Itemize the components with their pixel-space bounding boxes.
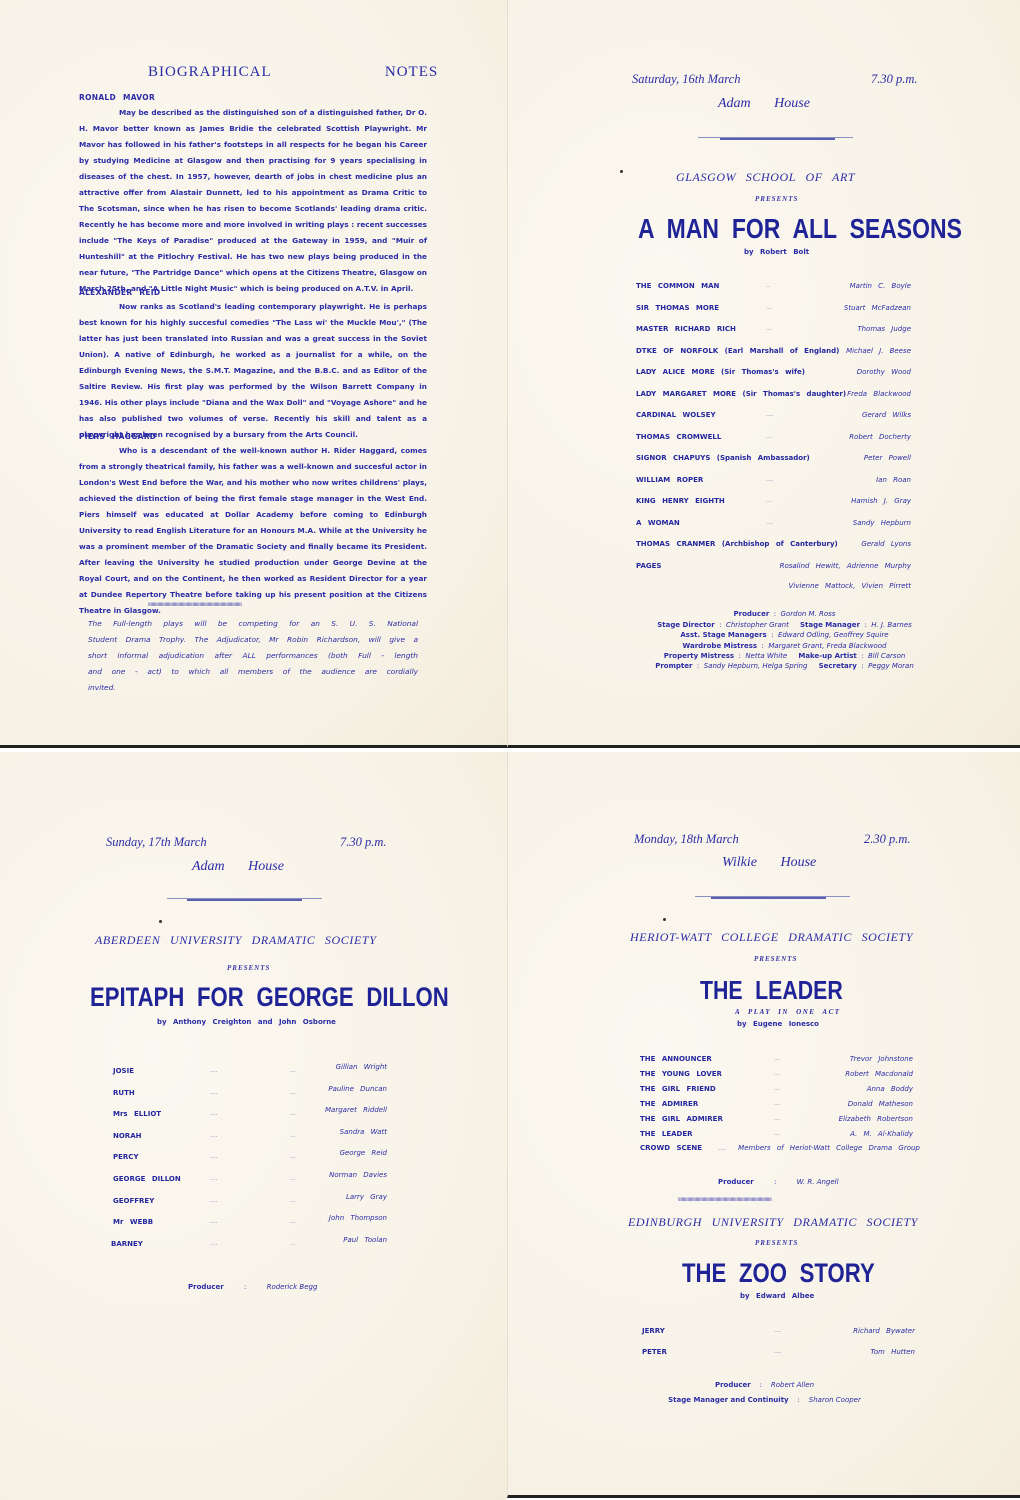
actor: Michael J. Beese	[846, 347, 911, 355]
crew-role: Prompter	[655, 662, 692, 670]
venue: Wilkie House	[722, 855, 816, 871]
cast-row-crowd: CROWD SCENE .... Members of Heriot-Watt …	[640, 1144, 920, 1152]
actor: George Reid	[340, 1149, 387, 1157]
producer-name: Roderick Begg	[267, 1283, 318, 1291]
bio-text-mavor: May be described as the distinguished so…	[79, 105, 427, 297]
role: JOSIE	[113, 1067, 134, 1075]
actor: Martin C. Boyle	[850, 282, 911, 290]
actor: Robert Docherty	[849, 433, 911, 441]
actor: Larry Gray	[346, 1193, 387, 1201]
dot-leader: ....	[210, 1197, 218, 1204]
crew-line: Stage Manager and Continuity : Sharon Co…	[508, 1396, 1020, 1404]
role: CARDINAL WOLSEY	[636, 411, 716, 419]
crew-name: Edward Odling, Geoffrey Squire	[778, 631, 889, 639]
actor: Donald Matheson	[848, 1100, 913, 1108]
ink-mark	[663, 918, 666, 921]
role: GEOFFREY	[113, 1197, 154, 1205]
actor: Stuart McFadzean	[844, 304, 911, 312]
separator-rule-thick	[711, 897, 826, 899]
role: Mr WEBB	[113, 1218, 153, 1226]
crew-name: Bill Carson	[868, 652, 905, 660]
role: THE YOUNG LOVER	[640, 1070, 722, 1078]
actor: Gillian Wright	[336, 1063, 387, 1071]
role: THE GIRL FRIEND	[640, 1085, 716, 1093]
crew-role: Asst. Stage Managers	[680, 631, 766, 639]
society-name: HERIOT-WATT COLLEGE DRAMATIC SOCIETY	[630, 930, 913, 945]
crew-name: Sandy Hepburn, Helga Spring	[704, 662, 808, 670]
bio-text-haggard: Who is a descendant of the well-known au…	[79, 443, 427, 619]
cast-extra: Vivienne Mattock, Vivien Pirrett	[789, 582, 912, 590]
separator-rule-thick	[187, 899, 302, 901]
performance-time: 7.30 p.m.	[340, 835, 387, 850]
role: MASTER RICHARD RICH	[636, 325, 736, 333]
role: LADY ALICE MORE (Sir Thomas's wife)	[636, 368, 805, 376]
presents-label: PRESENTS	[754, 955, 797, 963]
crew-role: Make-up Artist	[798, 652, 856, 660]
dotted-divider: ıııııııııııııııııııııııııııııııııııııııı…	[148, 601, 363, 608]
crew-name: Christopher Grant	[726, 621, 789, 629]
byline: by Anthony Creighton and John Osborne	[157, 1018, 336, 1026]
crew-role: Stage Director	[657, 621, 714, 629]
dot-leader: ....	[210, 1110, 218, 1117]
dot-leader: ....	[774, 1327, 782, 1334]
crew-name: Gordon M. Ross	[781, 610, 836, 618]
dot-leader: ...	[774, 1130, 780, 1137]
actor: Paul Toolan	[343, 1236, 387, 1244]
actor: Hamish J. Gray	[851, 497, 911, 505]
crew-role: Stage Manager and Continuity	[668, 1396, 788, 1404]
dot-leader: ....	[210, 1089, 218, 1096]
play-title-2: THE ZOO STORY	[682, 1258, 875, 1289]
dot-leader: ....	[774, 1348, 782, 1355]
dot-leader: ....	[766, 411, 774, 418]
dot-leader: ...	[290, 1089, 296, 1096]
role: BARNEY	[111, 1240, 143, 1248]
dot-leader: ....	[766, 476, 774, 483]
crew-role: Property Mistress	[664, 652, 734, 660]
role: GEORGE DILLON	[113, 1175, 181, 1183]
crew-name: Margaret Grant, Freda Blackwood	[768, 642, 886, 650]
presents-label: PRESENTS	[755, 195, 798, 203]
role: THE COMMON MAN	[636, 282, 719, 290]
crew-name: Netta White	[745, 652, 787, 660]
play-title: THE LEADER	[700, 975, 843, 1006]
actor: Pauline Duncan	[328, 1085, 387, 1093]
crew-line: Producer : Gordon M. Ross	[508, 610, 1020, 618]
dot-leader: ...	[774, 1055, 780, 1062]
producer-credit: Producer : Roderick Begg	[188, 1283, 317, 1291]
actor: John Thompson	[329, 1214, 387, 1222]
crew-role: Producer	[715, 1381, 751, 1389]
adjudication-note: The Full-length plays will be competing …	[88, 616, 418, 696]
crew-line: Asst. Stage Managers : Edward Odling, Ge…	[508, 631, 1020, 639]
bio-text-reid: Now ranks as Scotland's leading contempo…	[79, 299, 427, 443]
role: Mrs ELLIOT	[113, 1110, 161, 1118]
crew-name: Robert Allen	[771, 1381, 814, 1389]
actor: Ian Roan	[876, 476, 911, 484]
role: JERRY	[642, 1327, 665, 1335]
dot-leader: ...	[766, 325, 772, 332]
page-biographical-notes: BIOGRAPHICAL NOTES RONALD MAVOR May be d…	[0, 0, 507, 748]
role: SIGNOR CHAPUYS (Spanish Ambassador)	[636, 454, 810, 462]
crew-name: Sharon Cooper	[809, 1396, 861, 1404]
ink-mark	[620, 170, 623, 173]
performance-time: 2.30 p.m.	[864, 832, 911, 847]
venue: Adam House	[718, 96, 810, 112]
crew-role: Secretary	[819, 662, 857, 670]
actor: Freda Blackwood	[847, 390, 911, 398]
byline: by Eugene Ionesco	[737, 1020, 819, 1028]
role: NORAH	[113, 1132, 141, 1140]
actor: A. M. Al-Khalidy	[850, 1130, 913, 1138]
crew-role: Producer	[734, 610, 770, 618]
role: THE ADMIRER	[640, 1100, 698, 1108]
actor: Sandra Watt	[340, 1128, 387, 1136]
byline-2: by Edward Albee	[740, 1292, 814, 1300]
dot-leader: ....	[766, 519, 774, 526]
role: RUTH	[113, 1089, 135, 1097]
venue: Adam House	[192, 859, 284, 875]
actor: Members of Heriot-Watt College Drama Gro…	[738, 1144, 920, 1152]
bio-name-haggard: PIERS HAGGARD	[79, 432, 156, 441]
dot-leader: ...	[290, 1153, 296, 1160]
actor: Gerard Wilks	[862, 411, 911, 419]
bio-title: BIOGRAPHICAL NOTES	[148, 64, 438, 81]
play-title: EPITAPH FOR GEORGE DILLON	[90, 982, 449, 1013]
actor: Sandy Hepburn	[853, 519, 911, 527]
actor: Thomas Judge	[857, 325, 911, 333]
dot-leader: ...	[290, 1067, 296, 1074]
actor: Tom Hutten	[870, 1348, 915, 1356]
producer-credit: Producer : W. R. Angell	[718, 1178, 839, 1186]
actor: Elizabeth Robertson	[839, 1115, 913, 1123]
role: LADY MARGARET MORE (Sir Thomas's daughte…	[636, 390, 846, 398]
dot-leader: ....	[210, 1067, 218, 1074]
role: THOMAS CRANMER (Archbishop of Canterbury…	[636, 540, 838, 548]
bio-name-reid: ALEXANDER REID	[79, 288, 160, 297]
actor: Margaret Riddell	[325, 1106, 387, 1114]
ink-mark	[159, 920, 162, 923]
role: PETER	[642, 1348, 667, 1356]
role: PERCY	[113, 1153, 139, 1161]
dot-leader: ....	[210, 1153, 218, 1160]
crew-line: Prompter : Sandy Hepburn, Helga Spring S…	[508, 662, 1020, 670]
dot-leader: ...	[290, 1197, 296, 1204]
dot-leader: ...	[290, 1132, 296, 1139]
performance-date: Monday, 18th March	[634, 832, 739, 847]
role: WILLIAM ROPER	[636, 476, 703, 484]
dot-leader: ....	[210, 1132, 218, 1139]
role: A WOMAN	[636, 519, 680, 527]
crew-line: Wardrobe Mistress : Margaret Grant, Fred…	[508, 642, 1020, 650]
page-sunday: Sunday, 17th March 7.30 p.m. Adam House …	[0, 752, 507, 1500]
society-name-2: EDINBURGH UNIVERSITY DRAMATIC SOCIETY	[628, 1215, 918, 1230]
dot-leader: ..	[766, 282, 770, 289]
play-subtitle: A PLAY IN ONE ACT	[735, 1008, 841, 1016]
crew-line: Property Mistress : Netta White Make-up …	[508, 652, 1020, 660]
dot-leader: ...	[290, 1240, 296, 1247]
page-monday: Monday, 18th March 2.30 p.m. Wilkie Hous…	[507, 752, 1020, 1498]
actor: Norman Davies	[329, 1171, 387, 1179]
crew-role: Wardrobe Mistress	[683, 642, 758, 650]
presents-label: PRESENTS	[227, 964, 270, 972]
dot-leader: ...	[774, 1115, 780, 1122]
byline: by Robert Bolt	[744, 248, 809, 256]
role: SIR THOMAS MORE	[636, 304, 719, 312]
producer-name: W. R. Angell	[797, 1178, 839, 1186]
dotted-divider: ıııııııııııııııııııııııııııııııııııııııı…	[678, 1196, 893, 1203]
dot-leader: ...	[290, 1175, 296, 1182]
presents-label-2: PRESENTS	[755, 1239, 798, 1247]
producer-label: Producer	[188, 1283, 224, 1291]
performance-date: Sunday, 17th March	[106, 835, 207, 850]
crew-name: Peggy Moran	[868, 662, 914, 670]
crew-role: Stage Manager	[800, 621, 860, 629]
dot-leader: ...	[766, 304, 772, 311]
role: KING HENRY EIGHTH	[636, 497, 725, 505]
crew-line: Producer : Robert Allen	[508, 1381, 1020, 1389]
dot-leader: ...	[774, 1100, 780, 1107]
actor: Gerald Lyons	[861, 540, 911, 548]
role: DTKE OF NORFOLK (Earl Marshall of Englan…	[636, 347, 839, 355]
dot-leader: ....	[210, 1240, 218, 1247]
society-name: ABERDEEN UNIVERSITY DRAMATIC SOCIETY	[95, 933, 376, 948]
performance-date: Saturday, 16th March	[632, 72, 740, 87]
role: THE LEADER	[640, 1130, 693, 1138]
dot-leader: ....	[210, 1218, 218, 1225]
role: THE ANNOUNCER	[640, 1055, 712, 1063]
dot-leader: ...	[766, 433, 772, 440]
crew-line: Stage Director : Christopher Grant Stage…	[508, 621, 1020, 629]
dot-leader: ...	[774, 1070, 780, 1077]
actor: Robert Macdonald	[845, 1070, 913, 1078]
performance-time: 7.30 p.m.	[871, 72, 918, 87]
actor: Dorothy Wood	[857, 368, 911, 376]
role: CROWD SCENE	[640, 1144, 702, 1152]
dot-leader: ....	[210, 1175, 218, 1182]
society-name: GLASGOW SCHOOL OF ART	[676, 170, 855, 185]
separator-rule-thick	[720, 138, 835, 140]
crew-name: H. J. Barnes	[871, 621, 912, 629]
actor: Trevor Johnstone	[850, 1055, 913, 1063]
role: THE GIRL ADMIRER	[640, 1115, 723, 1123]
page-saturday: Saturday, 16th March 7.30 p.m. Adam Hous…	[507, 0, 1020, 748]
actor: Richard Bywater	[853, 1327, 915, 1335]
dot-leader: ...	[766, 497, 772, 504]
dot-leader: ...	[290, 1110, 296, 1117]
role: THOMAS CROMWELL	[636, 433, 721, 441]
play-title: A MAN FOR ALL SEASONS	[638, 213, 962, 245]
producer-label: Producer	[718, 1178, 754, 1186]
dot-leader: ...	[774, 1085, 780, 1092]
role: PAGES	[636, 562, 661, 570]
bio-name-mavor: RONALD MAVOR	[79, 93, 155, 102]
actor: Anna Boddy	[867, 1085, 913, 1093]
actor: Peter Powell	[864, 454, 911, 462]
dot-leader: ...	[290, 1218, 296, 1225]
actor: Rosalind Hewitt, Adrienne Murphy	[780, 562, 911, 570]
